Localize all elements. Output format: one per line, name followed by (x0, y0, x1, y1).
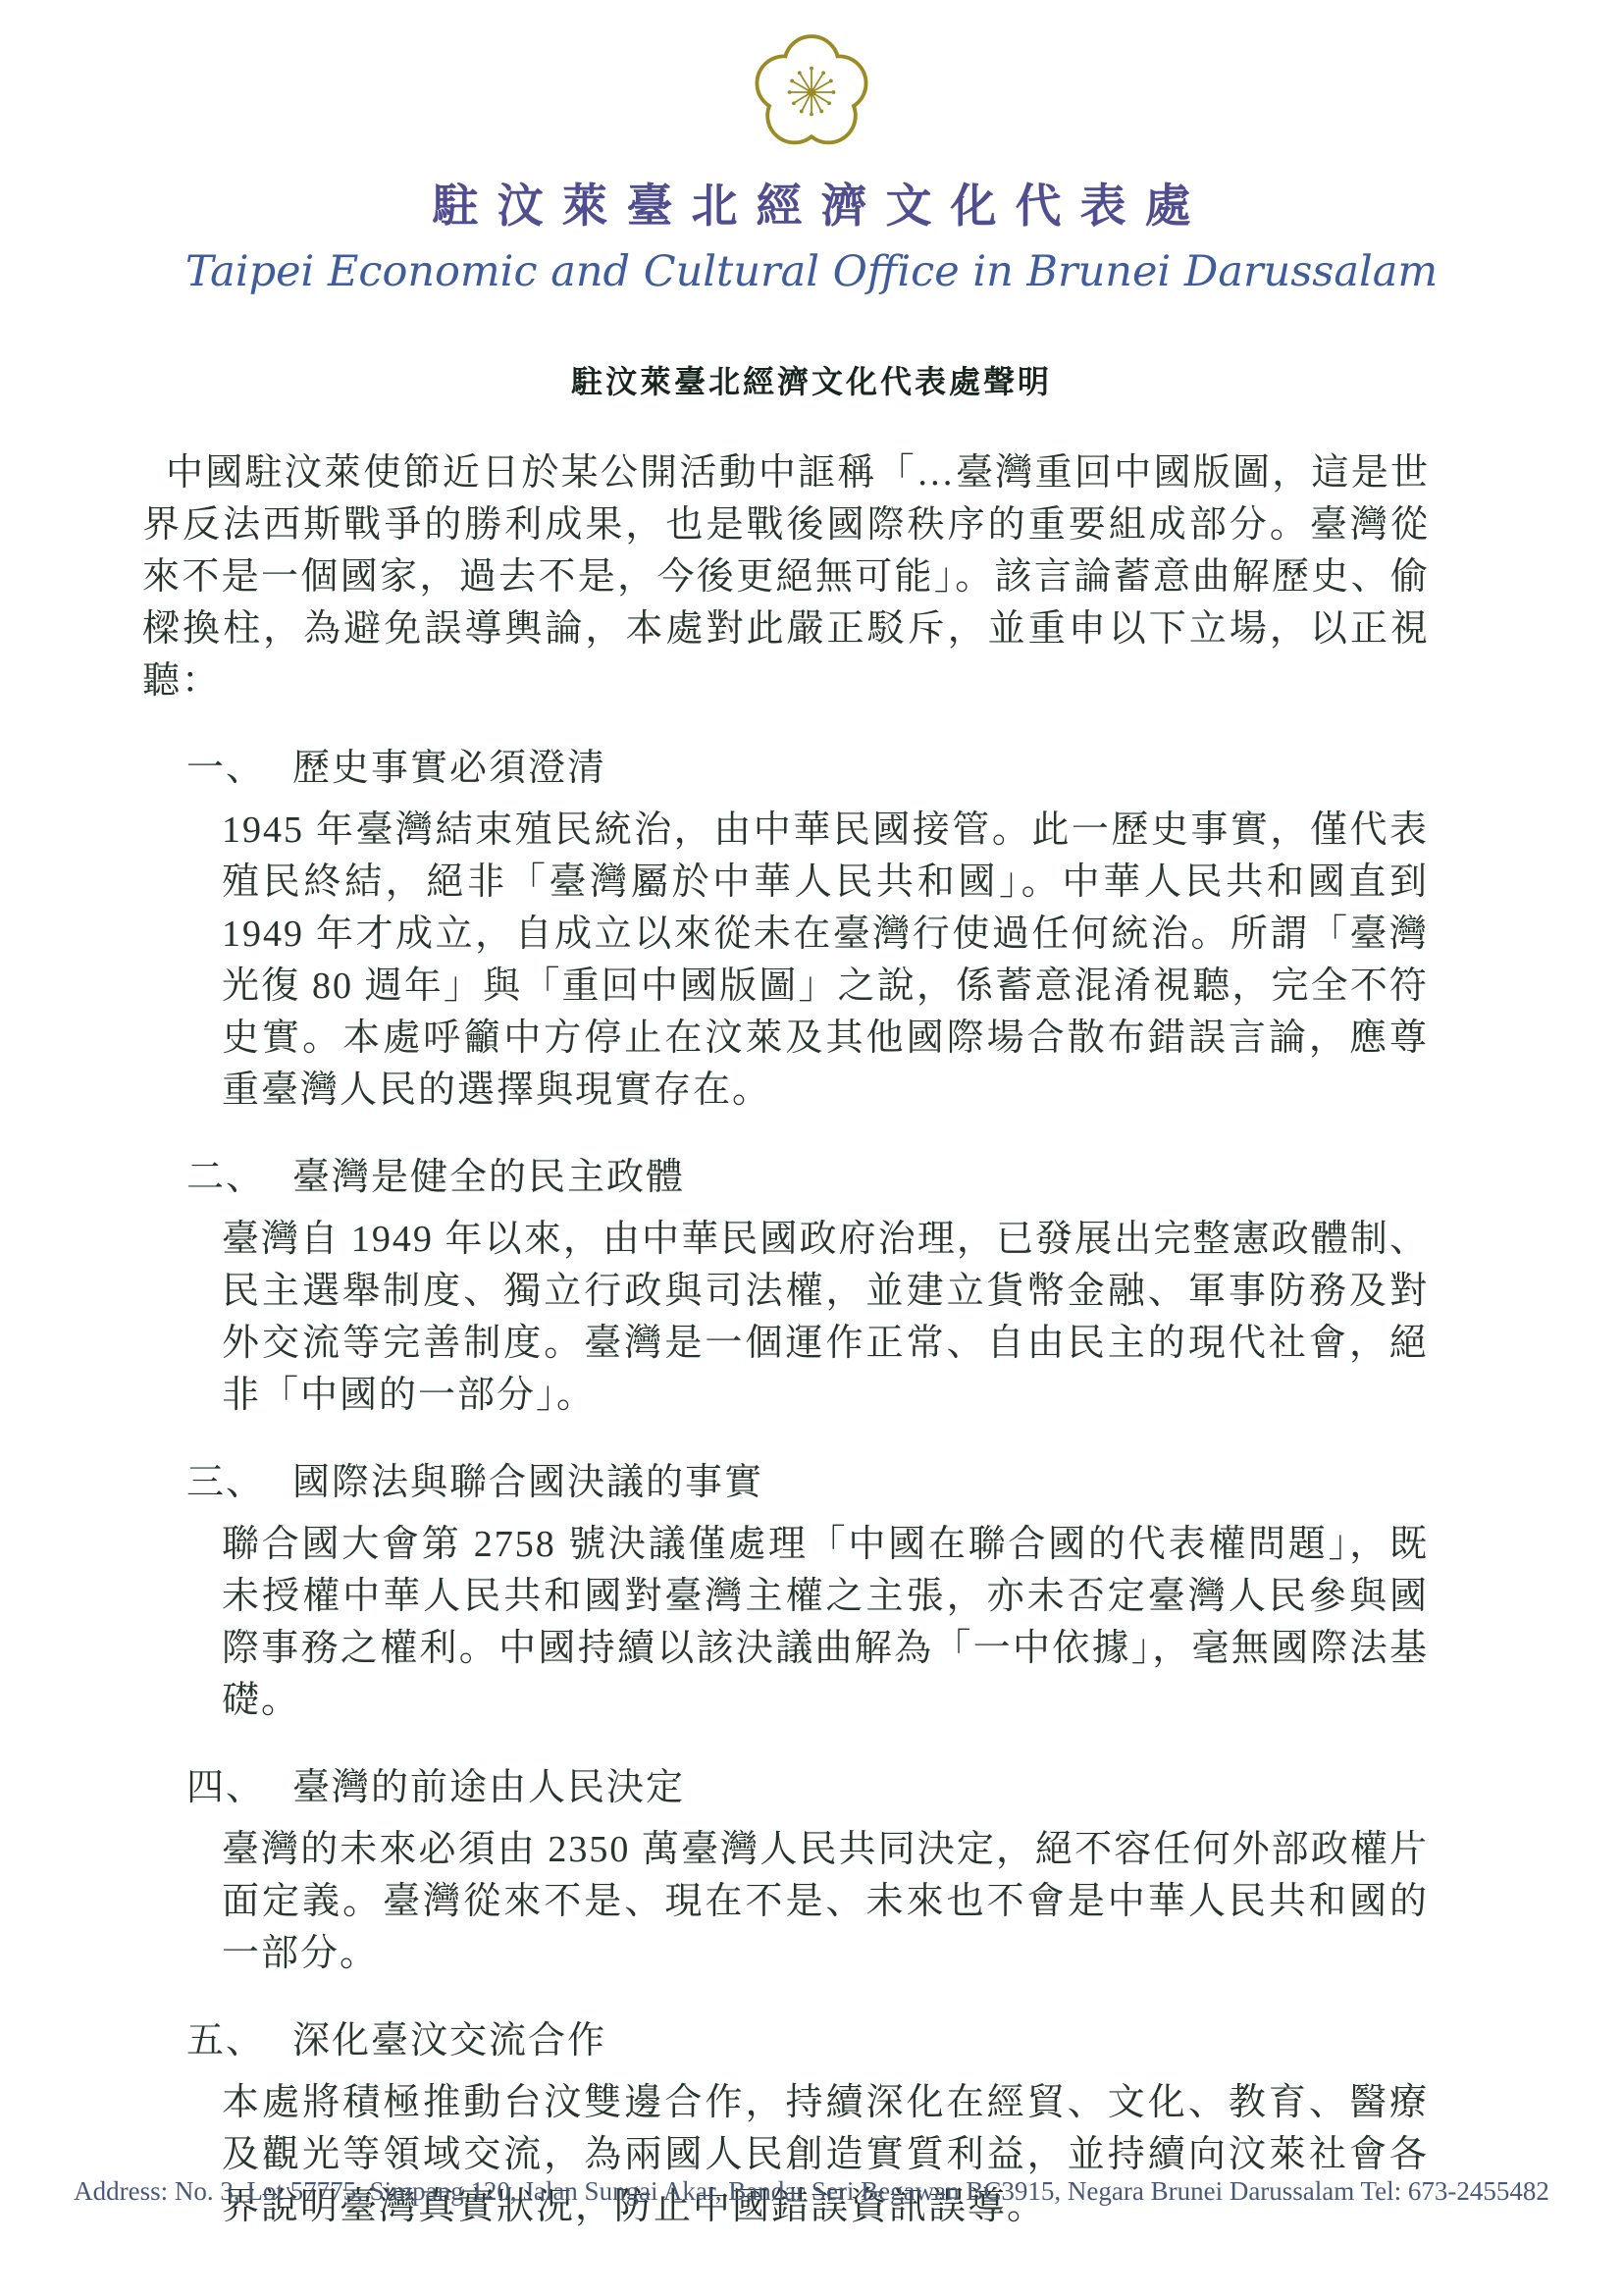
section-title: 國際法與聯合國決議的事實 (292, 1462, 763, 1503)
org-name-english: Taipei Economic and Cultural Office in B… (0, 247, 1623, 296)
section-international-law: 三、國際法與聯合國決議的事實 聯合國大會第 2758 號決議僅處理「中國在聯合國… (0, 1451, 1623, 1727)
section-number: 五、 (186, 2020, 265, 2061)
section-title: 臺灣是健全的民主政體 (292, 1157, 685, 1198)
section-heading: 三、國際法與聯合國決議的事實 (186, 1451, 1623, 1505)
section-title: 深化臺汶交流合作 (292, 2020, 606, 2061)
section-title: 臺灣的前途由人民決定 (292, 1767, 685, 1808)
section-number: 二、 (186, 1157, 265, 1198)
section-title: 歷史事實必須澄清 (292, 748, 606, 789)
document-page: 駐汶萊臺北經濟文化代表處 Taipei Economic and Cultura… (0, 0, 1623, 2296)
section-heading: 四、臺灣的前途由人民決定 (186, 1756, 1623, 1810)
section-paragraph: 1945 年臺灣結束殖民統治，由中華民國接管。此一歷史事實，僅代表殖民終結，絕非… (222, 805, 1429, 1117)
section-heading: 一、歷史事實必須澄清 (186, 737, 1623, 791)
section-paragraph: 臺灣的未來必須由 2350 萬臺灣人民共同決定，絕不容任何外部政權片面定義。臺灣… (222, 1824, 1429, 1980)
section-heading: 五、深化臺汶交流合作 (186, 2009, 1623, 2063)
section-democracy: 二、臺灣是健全的民主政體 臺灣自 1949 年以來，由中華民國政府治理，已發展出… (0, 1146, 1623, 1422)
section-number: 三、 (186, 1462, 265, 1503)
statement-body: 駐汶萊臺北經濟文化代表處聲明 中國駐汶萊使節近日於某公開活動中誆稱「…臺灣重回中… (0, 357, 1623, 2233)
section-future-by-people: 四、臺灣的前途由人民決定 臺灣的未來必須由 2350 萬臺灣人民共同決定，絕不容… (0, 1756, 1623, 1980)
section-heading: 二、臺灣是健全的民主政體 (186, 1146, 1623, 1200)
intro-paragraph: 中國駐汶萊使節近日於某公開活動中誆稱「…臺灣重回中國版圖，這是世界反法西斯戰爭的… (142, 447, 1430, 707)
section-paragraph: 臺灣自 1949 年以來，由中華民國政府治理，已發展出完整憲政體制、民主選舉制度… (222, 1214, 1429, 1422)
letterhead: 駐汶萊臺北經濟文化代表處 Taipei Economic and Cultura… (0, 0, 1623, 296)
section-number: 一、 (186, 748, 265, 789)
plum-blossom-icon (747, 29, 876, 155)
section-paragraph: 聯合國大會第 2758 號決議僅處理「中國在聯合國的代表權問題」，既未授權中華人… (222, 1519, 1429, 1727)
org-name-chinese: 駐汶萊臺北經濟文化代表處 (0, 170, 1623, 235)
section-history-facts: 一、歷史事實必須澄清 1945 年臺灣結束殖民統治，由中華民國接管。此一歷史事實… (0, 737, 1623, 1117)
section-number: 四、 (186, 1767, 265, 1808)
section-paragraph: 本處將積極推動台汶雙邊合作，持續深化在經貿、文化、教育、醫療及觀光等領域交流，為… (222, 2077, 1429, 2233)
footer-address: Address: No. 3, Lot 57775, Simpang 120, … (0, 2176, 1623, 2207)
statement-title: 駐汶萊臺北經濟文化代表處聲明 (0, 357, 1623, 402)
